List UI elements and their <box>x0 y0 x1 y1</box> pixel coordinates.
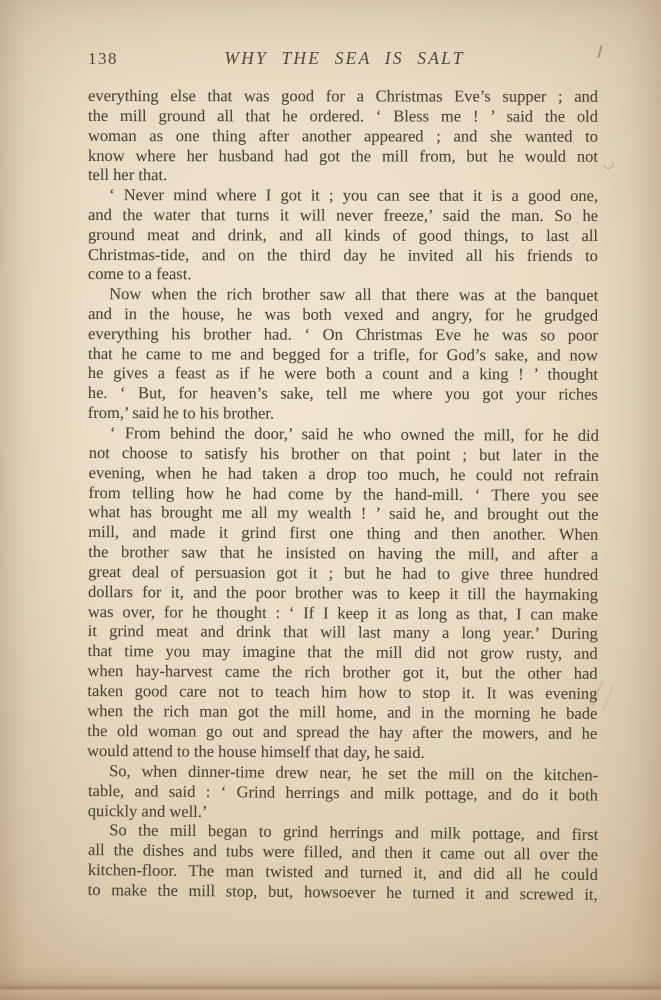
running-title: WHY THE SEA IS SALT <box>224 48 464 69</box>
text-line: the mill ground all that he ordered. ‘ B… <box>88 106 598 127</box>
text-line: Now when the rich brother saw all that t… <box>88 284 598 305</box>
text-line: he gives a feast as if he were both a co… <box>88 364 598 385</box>
text-line: Christmas-tide, and on the third day he … <box>88 245 598 266</box>
text-line: ground meat and drink, and all kinds of … <box>88 225 598 246</box>
running-head: 138 WHY THE SEA IS SALT <box>0 48 661 72</box>
text-line: would attend to the house himself that d… <box>87 741 597 764</box>
text-line: ‘ Never mind where I got it ; you can se… <box>88 185 598 206</box>
page-bottom-edge-line <box>0 987 661 989</box>
page-bottom-shadow <box>0 966 661 1000</box>
text-line: that he came to me and begged for a trif… <box>88 344 598 365</box>
text-line: to make the mill stop, but, howsoever he… <box>88 880 598 905</box>
text-line: everything else that was good for a Chri… <box>88 86 598 107</box>
text-line: evening, when he had taken a drop too mu… <box>89 463 599 486</box>
text-line: and the water that turns it will never f… <box>88 205 598 226</box>
page-number: 138 <box>88 49 118 69</box>
paragraph: So the mill began to grind herrings and … <box>88 820 599 904</box>
text-block: everything else that was good for a Chri… <box>88 86 598 900</box>
pencil-mark-icon <box>601 156 616 171</box>
text-line: know where her husband had got the mill … <box>88 146 598 167</box>
paragraph: So, when dinner-time drew near, he set t… <box>88 761 599 825</box>
text-line: come to a feast. <box>88 265 598 286</box>
text-line: woman as one thing after another appeare… <box>88 126 598 147</box>
text-line: the old woman go out and spread the hay … <box>87 721 597 744</box>
text-line: he. ‘ But, for heaven’s sake, tell me wh… <box>88 384 598 405</box>
paragraph: everything else that was good for a Chri… <box>88 86 598 186</box>
paragraph: Now when the rich brother saw all that t… <box>88 284 598 425</box>
book-page: 138 WHY THE SEA IS SALT everything else … <box>0 0 661 1000</box>
text-line: dollars for it, and the poor brother was… <box>88 582 598 605</box>
paragraph: ‘ Never mind where I got it ; you can se… <box>88 185 598 285</box>
paragraph: ‘ From behind the door,’ said he who own… <box>87 423 599 763</box>
text-line: and in the house, he was both vexed and … <box>88 304 598 325</box>
text-line: tell her that. <box>88 165 598 186</box>
text-line: everything his brother had. ‘ On Christm… <box>88 324 598 345</box>
text-line: from,’ said he to his brother. <box>88 403 598 424</box>
